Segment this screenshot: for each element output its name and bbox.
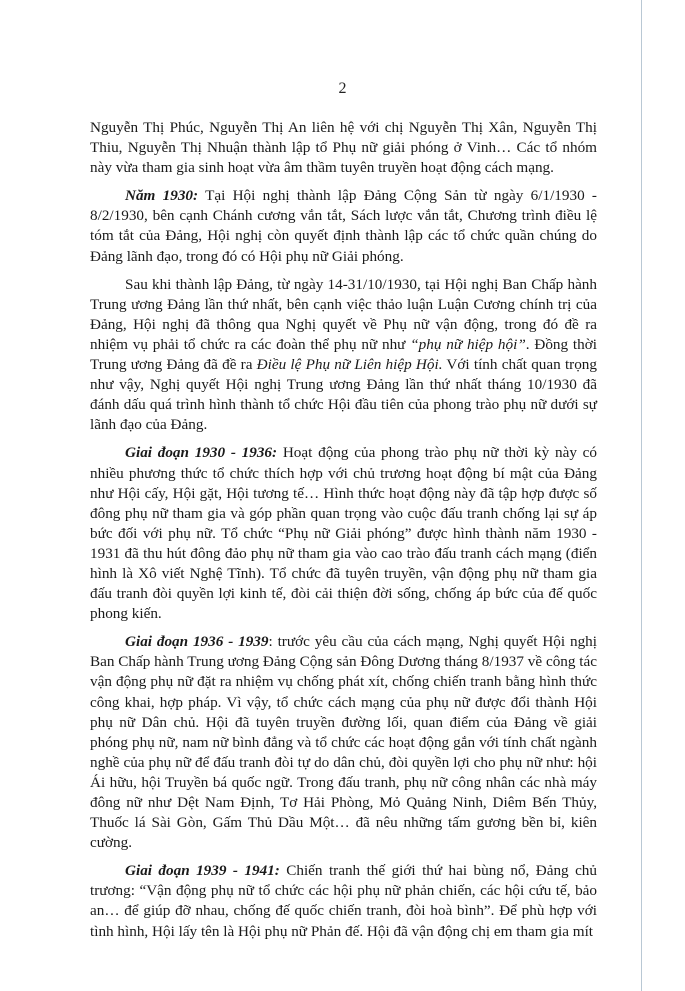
paragraph-lead: Giai đoạn 1936 - 1939 bbox=[125, 633, 269, 650]
italic-quote: “phụ nữ hiệp hội” bbox=[410, 336, 526, 353]
paragraph-text: Nguyễn Thị Phúc, Nguyễn Thị An liên hệ v… bbox=[90, 119, 597, 176]
paragraph-sau-khi-thanh-lap: Sau khi thành lập Đảng, từ ngày 14-31/10… bbox=[90, 275, 597, 436]
italic-title: Điều lệ Phụ nữ Liên hiệp Hội. bbox=[257, 356, 443, 373]
paragraph-lead: Giai đoạn 1939 - 1941: bbox=[125, 862, 280, 879]
scan-edge-line bbox=[641, 0, 642, 991]
paragraph-1939-1941: Giai đoạn 1939 - 1941: Chiến tranh thế g… bbox=[90, 861, 597, 941]
paragraph-text: : trước yêu cầu của cách mạng, Nghị quyế… bbox=[90, 633, 597, 851]
document-body: Nguyễn Thị Phúc, Nguyễn Thị An liên hệ v… bbox=[90, 118, 597, 950]
paragraph-1930-1936: Giai đoạn 1930 - 1936: Hoạt động của pho… bbox=[90, 443, 597, 624]
paragraph-nam-1930: Năm 1930: Tại Hội nghị thành lập Đảng Cộ… bbox=[90, 186, 597, 266]
page-number: 2 bbox=[0, 80, 685, 98]
paragraph-lead: Năm 1930: bbox=[125, 187, 198, 204]
paragraph-lead: Giai đoạn 1930 - 1936: bbox=[125, 444, 277, 461]
paragraph-continuation: Nguyễn Thị Phúc, Nguyễn Thị An liên hệ v… bbox=[90, 118, 597, 178]
paragraph-1936-1939: Giai đoạn 1936 - 1939: trước yêu cầu của… bbox=[90, 632, 597, 853]
paragraph-text: Hoạt động của phong trào phụ nữ thời kỳ … bbox=[90, 444, 597, 622]
